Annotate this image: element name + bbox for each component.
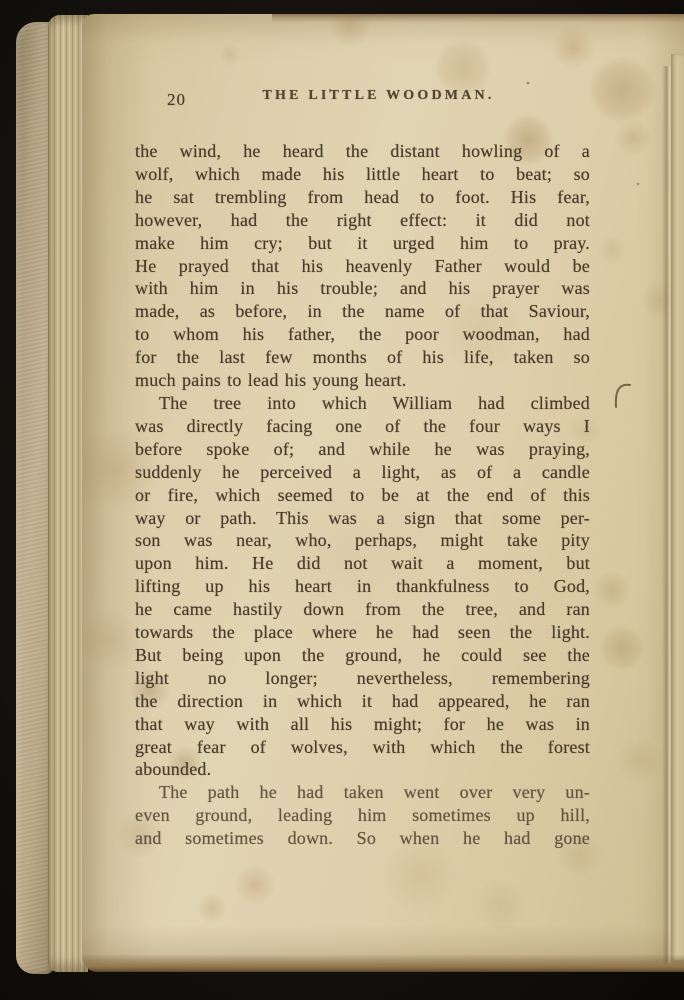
text-line: But being upon the ground, he could see … xyxy=(135,644,590,667)
running-title: THE LITTLE WOODMAN. xyxy=(151,88,606,104)
text-line: that way with all his might; for he was … xyxy=(135,713,590,736)
paragraph: The tree into which William had climbedw… xyxy=(135,392,590,781)
text-line: way or path. This was a sign that some p… xyxy=(135,507,590,530)
text-line: with him in his trouble; and his prayer … xyxy=(135,277,590,300)
next-page-edge xyxy=(671,54,684,960)
text-line: for the last few months of his life, tak… xyxy=(135,346,590,369)
text-line: he came hastily down from the tree, and … xyxy=(135,598,590,621)
text-line: upon him. He did not wait a moment, but xyxy=(135,552,590,575)
text-line: abounded. xyxy=(135,758,590,781)
text-line: He prayed that his heavenly Father would… xyxy=(135,255,590,278)
ink-mark xyxy=(610,380,634,412)
page-bottom-edge xyxy=(82,954,684,972)
text-line: he sat trembling from head to foot. His … xyxy=(135,186,590,209)
text-block: the wind, he heard the distant howling o… xyxy=(135,140,590,850)
text-line: The path he had taken went over very un- xyxy=(135,781,590,804)
text-line: suddenly he perceived a light, as of a c… xyxy=(135,461,590,484)
page-crease xyxy=(662,66,671,964)
book-page: 20 THE LITTLE WOODMAN. the wind, he hear… xyxy=(82,14,684,972)
text-line: and sometimes down. So when he had gone xyxy=(135,827,590,850)
text-line: the wind, he heard the distant howling o… xyxy=(135,140,590,163)
text-line: lifting up his heart in thankfulness to … xyxy=(135,575,590,598)
text-line: much pains to lead his young heart. xyxy=(135,369,590,392)
paragraph: The path he had taken went over very un-… xyxy=(135,781,590,850)
text-line: however, had the right effect: it did no… xyxy=(135,209,590,232)
photo-background: 20 THE LITTLE WOODMAN. the wind, he hear… xyxy=(0,0,684,1000)
text-line: was directly facing one of the four ways… xyxy=(135,415,590,438)
text-line: before spoke of; and while he was prayin… xyxy=(135,438,590,461)
text-line: son was near, who, perhaps, might take p… xyxy=(135,529,590,552)
text-line: the direction in which it had appeared, … xyxy=(135,690,590,713)
text-line: make him cry; but it urged him to pray. xyxy=(135,232,590,255)
text-line: The tree into which William had climbed xyxy=(135,392,590,415)
paragraph: the wind, he heard the distant howling o… xyxy=(135,140,590,392)
text-line: wolf, which made his little heart to bea… xyxy=(135,163,590,186)
page-top-edge xyxy=(272,14,684,23)
text-line: made, as before, in the name of that Sav… xyxy=(135,300,590,323)
text-line: to whom his father, the poor woodman, ha… xyxy=(135,323,590,346)
text-line: or fire, which seemed to be at the end o… xyxy=(135,484,590,507)
text-line: great fear of wolves, with which the for… xyxy=(135,736,590,759)
text-line: light no longer; nevertheless, rememberi… xyxy=(135,667,590,690)
text-line: towards the place where he had seen the … xyxy=(135,621,590,644)
text-line: even ground, leading him sometimes up hi… xyxy=(135,804,590,827)
page-header: 20 THE LITTLE WOODMAN. xyxy=(135,88,590,112)
